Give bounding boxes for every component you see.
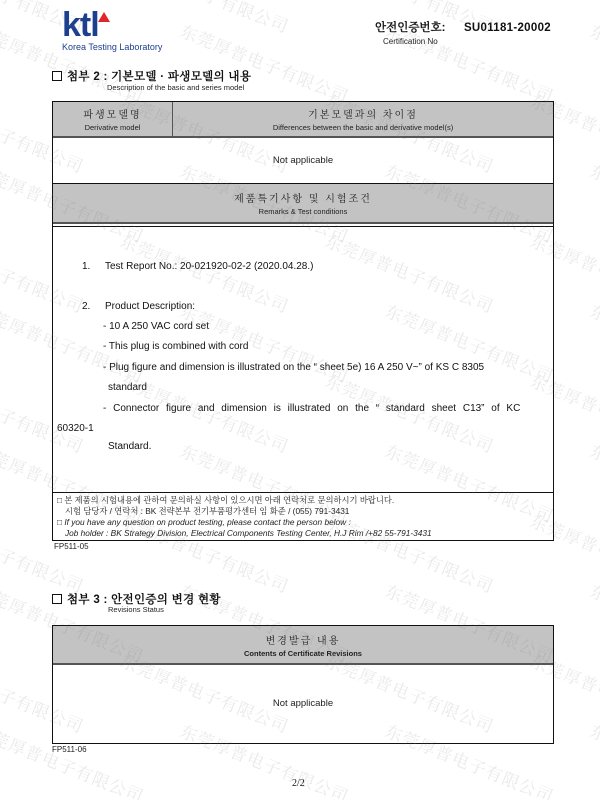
item1-number: 1. — [82, 261, 90, 272]
logo-mark: ktl — [62, 10, 162, 40]
page-number: 2/2 — [292, 778, 305, 789]
watermark-text: 东莞厚普电子有限公司 — [587, 17, 600, 108]
model-table: 파생모델명 Derivative model 기본모델과의 차이점 Differ… — [52, 101, 554, 227]
form-code-fp511-05: FP511-05 — [54, 542, 89, 551]
desc-line: - Plug figure and dimension is illustrat… — [103, 362, 484, 373]
watermark-text: 东莞厚普电子有限公司 — [177, 17, 353, 108]
desc-line: - 10 A 250 VAC cord set — [103, 321, 209, 332]
cert-label-ko: 안전인증번호: — [375, 22, 445, 34]
desc-line: standard — [108, 382, 147, 393]
col-differences: 기본모델과의 차이점 Differences between the basic… — [173, 102, 553, 136]
desc-line: Standard. — [108, 441, 151, 452]
revisions-row: Not applicable — [53, 665, 553, 742]
desc-line: 60320-1 — [57, 423, 94, 434]
contact-ko-line1: □ 본 제품의 시험내용에 관하여 문의하실 사항이 있으시면 아래 연락처로 … — [57, 495, 549, 506]
contact-en-line1: □ If you have any question on product te… — [57, 517, 549, 528]
section2-subtitle: Description of the basic and series mode… — [107, 83, 244, 92]
form-code-fp511-06: FP511-06 — [52, 745, 87, 754]
item2-number: 2. — [82, 301, 90, 312]
model-table-row: Not applicable — [53, 138, 553, 184]
desc-line: - This plug is combined with cord — [103, 341, 248, 352]
contact-box: □ 본 제품의 시험내용에 관하여 문의하실 사항이 있으시면 아래 연락처로 … — [52, 492, 554, 541]
watermark-text: 东莞厚普电子有限公司 — [587, 717, 600, 800]
revisions-header: 변경발급 내용 Contents of Certificate Revision… — [53, 626, 553, 665]
cert-number: SU01181-20002 — [464, 22, 551, 34]
model-table-header: 파생모델명 Derivative model 기본모델과의 차이점 Differ… — [53, 102, 553, 138]
watermark-text: 东莞厚普电子有限公司 — [587, 437, 600, 528]
contact-ko-line2: 시험 담당자 / 연락처 : BK 전략본부 전기부품평가센터 임 화준 / (… — [57, 506, 549, 517]
logo-triangle-icon — [98, 12, 110, 22]
revisions-table: 변경발급 내용 Contents of Certificate Revision… — [52, 625, 554, 744]
ktl-logo: ktl Korea Testing Laboratory — [62, 10, 162, 52]
watermark-text: 东莞厚普电子有限公司 — [587, 577, 600, 668]
checkbox-square-icon — [52, 594, 62, 604]
watermark-text: 东莞厚普电子有限公司 — [587, 297, 600, 388]
watermark-text: 东莞厚普电子有限公司 — [587, 157, 600, 248]
section2-title: 첨부 2 : 기본모델 · 파생모델의 내용 — [52, 68, 251, 84]
cert-label-en: Certification No — [383, 37, 551, 46]
remarks-header: 제품특기사항 및 시험조건 Remarks & Test conditions — [53, 184, 553, 224]
col-derivative-model: 파생모델명 Derivative model — [53, 102, 173, 136]
certification-number-block: 안전인증번호: SU01181-20002 Certification No — [375, 18, 551, 46]
item1-test-report: Test Report No.: 20-021920-02-2 (2020.04… — [105, 261, 313, 272]
not-applicable-text: Not applicable — [273, 698, 333, 709]
contact-en-line2: Job holder : BK Strategy Division, Elect… — [57, 528, 549, 539]
not-applicable-text: Not applicable — [273, 155, 333, 166]
checkbox-square-icon — [52, 71, 62, 81]
section3-subtitle: Revisions Status — [108, 605, 164, 614]
item2-title: Product Description: — [105, 301, 195, 312]
desc-line: - Connector figure and dimension is illu… — [103, 403, 520, 414]
